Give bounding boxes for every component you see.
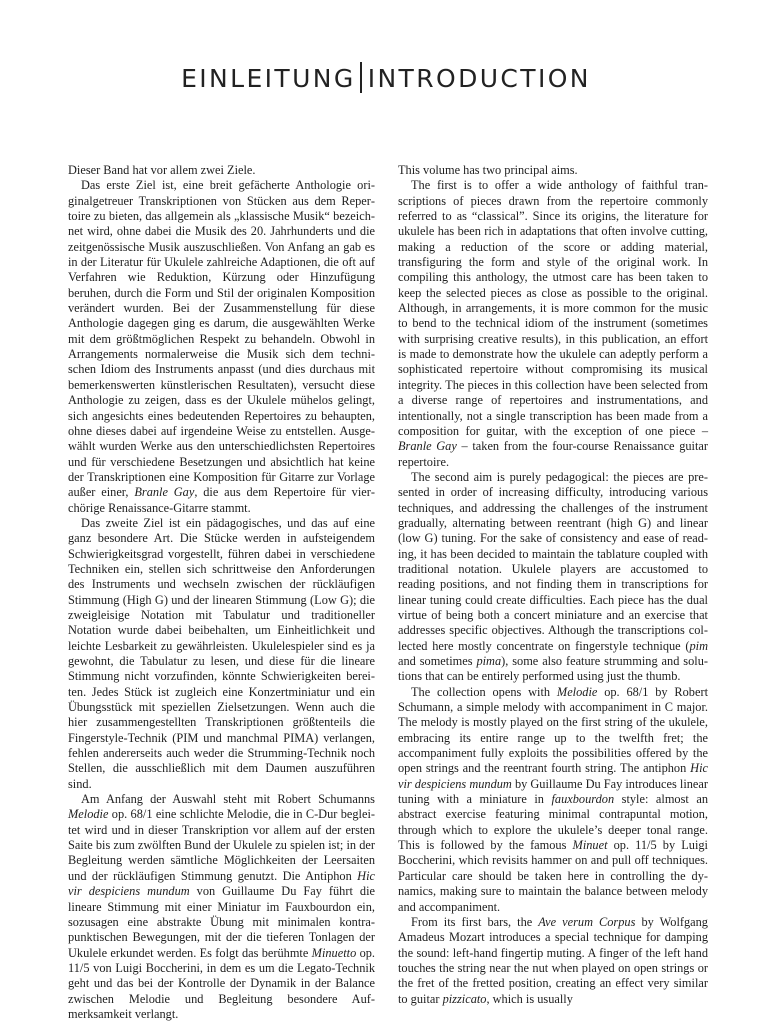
italic-title: Minuet [573, 838, 608, 852]
text-run: Dieser Band hat vor allem zwei Ziele. [68, 163, 255, 177]
italic-title: pim [689, 639, 708, 653]
paragraph: Dieser Band hat vor allem zwei Ziele. [68, 163, 375, 178]
italic-title: fauxbourdon [551, 792, 614, 806]
paragraph: Am Anfang der Auswahl steht mit Robert S… [68, 792, 375, 1022]
title-divider [360, 62, 362, 93]
paragraph: The second aim is purely pedagogical: th… [398, 470, 708, 685]
text-run: , which is usually [486, 992, 572, 1006]
italic-title: Melodie [557, 685, 597, 699]
text-run: op. 68/1 eine schlichte Melodie, die in … [68, 807, 375, 882]
text-run: From its first bars, the [411, 915, 538, 929]
title-english: INTRODUCTION [368, 64, 591, 93]
paragraph: The first is to offer a wide anthology o… [398, 178, 708, 470]
text-run: This volume has two principal aims. [398, 163, 578, 177]
italic-title: Minuetto [312, 946, 357, 960]
text-run: The second aim is purely pedagogical: th… [398, 470, 708, 653]
text-run: The collection opens with [411, 685, 557, 699]
title-german: EINLEITUNG [181, 64, 356, 93]
text-run: and sometimes [398, 654, 476, 668]
italic-title: Melodie [68, 807, 108, 821]
paragraph: Das zweite Ziel ist ein pädagogisches, u… [68, 516, 375, 792]
english-column: This volume has two principal aims.The f… [398, 163, 708, 1007]
paragraph: This volume has two principal aims. [398, 163, 708, 178]
italic-title: Branle Gay [398, 439, 457, 453]
italic-title: Branle Gay [134, 485, 194, 499]
text-run: Am Anfang der Auswahl steht mit Robert S… [81, 792, 375, 806]
italic-title: pizzicato [443, 992, 487, 1006]
paragraph: Das erste Ziel ist, eine breit gefächert… [68, 178, 375, 516]
paragraph: From its first bars, the Ave verum Corpu… [398, 915, 708, 1007]
text-run: Das zweite Ziel ist ein pädagogisches, u… [68, 516, 375, 791]
text-run: Das erste Ziel ist, eine breit gefächert… [68, 178, 375, 499]
paragraph: The collection opens with Melodie op. 68… [398, 685, 708, 915]
italic-title: Ave verum Corpus [538, 915, 635, 929]
italic-title: pima [476, 654, 501, 668]
german-column: Dieser Band hat vor allem zwei Ziele.Das… [68, 163, 375, 1022]
text-run: The first is to offer a wide anthology o… [398, 178, 708, 438]
page-title: EINLEITUNGINTRODUCTION [0, 62, 772, 93]
